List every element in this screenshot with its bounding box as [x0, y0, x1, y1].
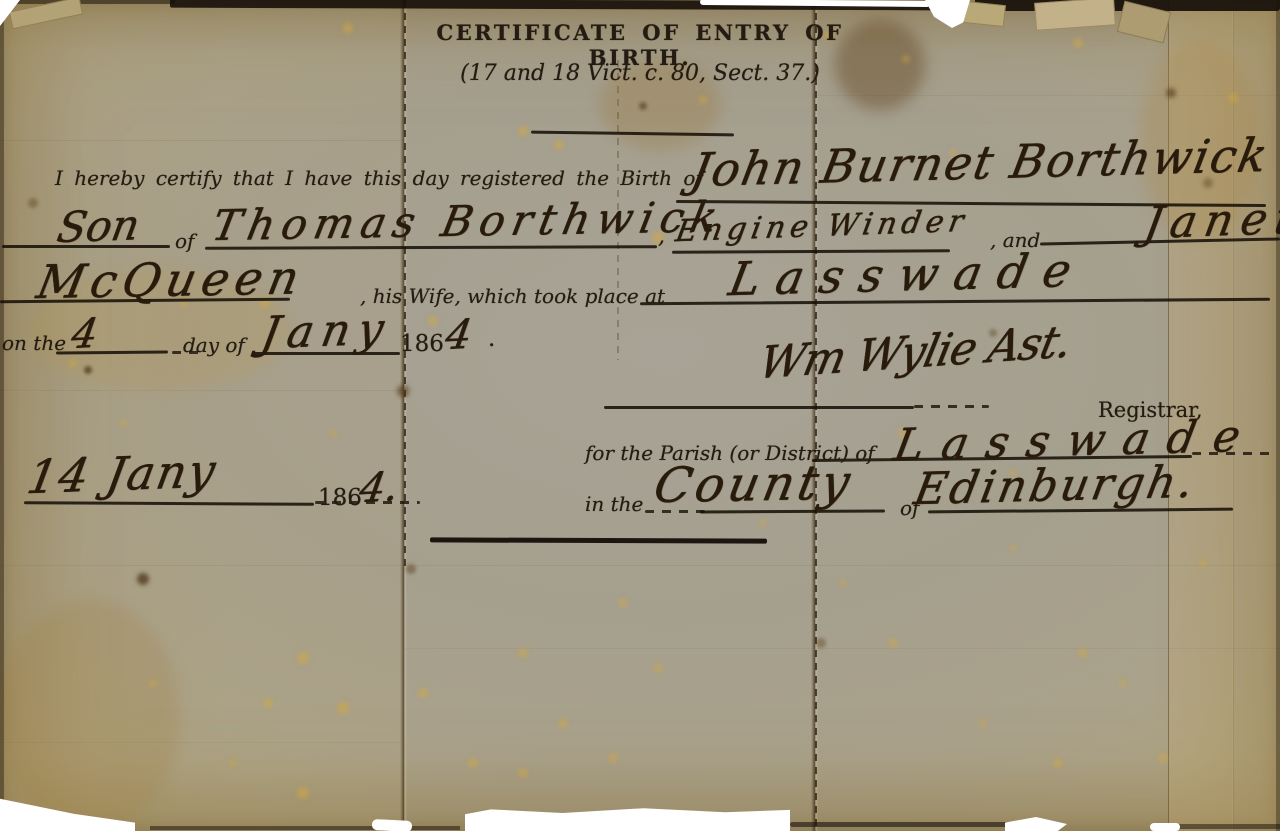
statute-citation: (17 and 18 Vict. c. 80, Sect. 37.) — [380, 61, 900, 86]
year-prefix-print: 186 — [400, 331, 444, 357]
county-name-handwriting: Edinburgh. — [910, 457, 1200, 516]
relation-handwriting: Son — [54, 200, 144, 252]
period-print: . — [488, 326, 495, 352]
day-of-label: day of — [183, 333, 245, 357]
mother-first-name-handwriting: Janet — [1140, 192, 1280, 249]
on-the-label: on the — [2, 331, 66, 355]
issue-year-digit-handwriting: 4. — [356, 464, 401, 512]
scanned-birth-certificate: CERTIFICATE OF ENTRY OF BIRTH. (17 and 1… — [0, 0, 1280, 831]
in-the-label: in the — [585, 492, 643, 516]
of-label: of — [175, 229, 194, 253]
wife-clause-text: , his Wife, which took place at — [360, 284, 665, 308]
issue-year-prefix-print: 186 — [318, 485, 362, 511]
birth-month-handwriting: Jany — [257, 303, 395, 359]
county-word-handwriting: County — [650, 454, 859, 514]
certify-prefix-text: I hereby certify that I have this day re… — [55, 166, 703, 190]
issue-date-handwriting: 14 Jany — [23, 443, 221, 504]
birth-place-handwriting: Lasswade — [725, 243, 1092, 307]
father-name-handwriting: Thomas Borthwick — [208, 192, 728, 250]
mother-surname-handwriting: McQueen — [33, 250, 310, 309]
